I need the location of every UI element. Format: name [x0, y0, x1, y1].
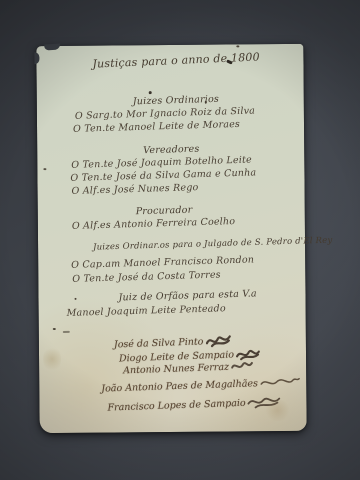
foxing-stain	[43, 346, 61, 372]
signature-rubric-icon	[260, 375, 300, 390]
paper-torn-notch	[44, 44, 60, 51]
section-heading: Juiz de Orfãos para esta V.a	[118, 288, 257, 303]
section-heading: Procurador	[136, 205, 193, 218]
section-heading: Juizes Ordinar.os para o Julgado de S. P…	[93, 236, 333, 253]
signature-name: Antonio Nunes Ferraz	[123, 361, 229, 376]
entry-line: O Cap.am Manoel Francisco Rondon	[71, 254, 254, 270]
document-title: Justiças para o anno de 1800	[92, 50, 260, 70]
signature-rubric-icon	[231, 359, 253, 374]
foxing-stain	[264, 399, 290, 421]
photo-background: Justiças para o anno de 1800 Juizes Ordi…	[0, 0, 360, 480]
signature-line: João Antonio Paes de Magalhães	[101, 375, 300, 396]
entry-line: O Alf.es Antonio Ferreira Coelho	[72, 216, 236, 232]
entry-line: Manoel Joaquim Leite Penteado	[66, 303, 225, 319]
ink-speck	[43, 168, 46, 170]
entry-line: O Ten.te José da Costa Torres	[72, 269, 221, 284]
entry-line: O Ten.te Manoel Leite de Moraes	[73, 119, 240, 135]
ink-speck	[53, 328, 56, 330]
signature-name: João Antonio Paes de Magalhães	[101, 378, 258, 394]
ink-speck	[236, 45, 239, 47]
ink-speck	[149, 91, 152, 94]
signature-name: Francisco Lopes de Sampaio	[107, 397, 246, 413]
ink-speck	[63, 331, 70, 333]
ink-speck	[205, 101, 207, 104]
signature-line: Francisco Lopes de Sampaio	[107, 393, 282, 415]
signature-name: José da Silva Pinto	[114, 336, 204, 350]
entry-line: O Alf.es José Nunes Rego	[71, 182, 198, 197]
section-heading: Vereadores	[143, 144, 200, 157]
manuscript-paper: Justiças para o anno de 1800 Juizes Ordi…	[36, 44, 306, 433]
ink-speck	[75, 298, 77, 300]
paper-torn-notch	[34, 52, 39, 64]
